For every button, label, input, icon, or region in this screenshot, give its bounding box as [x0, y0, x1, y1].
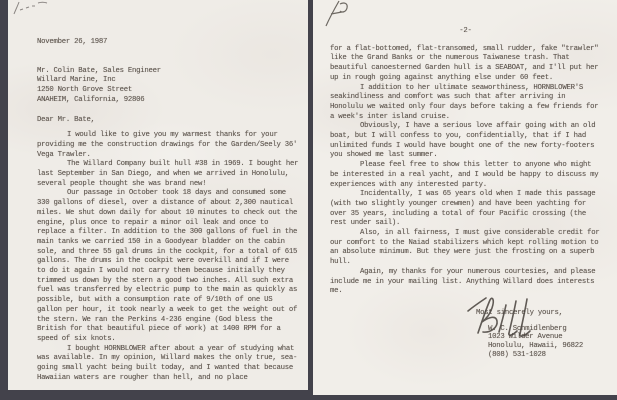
page1-body: I would like to give you my warmest than…: [37, 131, 301, 383]
letter-page-2: -2- for a flat-bottomed, flat-transomed,…: [313, 0, 617, 395]
page2-body: for a flat-bottomed, flat-transomed, sma…: [330, 45, 601, 297]
closing-block: Most sincerely yours,: [476, 309, 601, 319]
body-paragraph: Again, my thanks for your numerous court…: [330, 268, 601, 297]
salutation: Dear Mr. Bate,: [37, 116, 301, 126]
recipient-address: Mr. Colin Bate, Sales EngineerWillard Ma…: [37, 67, 301, 106]
body-paragraph: Obviously, I have a serious love affair …: [330, 122, 601, 161]
letter-date: November 26, 1987: [37, 38, 301, 48]
body-paragraph: Please feel free to show this letter to …: [330, 161, 601, 190]
page-number: -2-: [330, 27, 601, 37]
body-paragraph: I bought HORNBLOWER after about a year o…: [37, 345, 301, 384]
body-paragraph: I would like to give you my warmest than…: [37, 131, 301, 160]
body-paragraph: The Willard Company built hull #38 in 19…: [37, 160, 301, 189]
body-paragraph: Our passage in October took 18 days and …: [37, 189, 301, 344]
letter-page-1: November 26, 1987 Mr. Colin Bate, Sales …: [8, 0, 308, 390]
recipient-address-line: Mr. Colin Bate, Sales Engineer: [37, 67, 301, 77]
signer-line: 1023 Wilder Avenue: [488, 333, 601, 342]
signer-line: (808) 531-1028: [488, 351, 601, 360]
body-paragraph: for a flat-bottomed, flat-transomed, sma…: [330, 45, 601, 84]
body-paragraph: I addition to her ultimate seaworthiness…: [330, 84, 601, 123]
signer-block: W. C. Schmidlenberg1023 Wilder AvenueHon…: [488, 325, 601, 360]
closing-phrase: Most sincerely yours,: [476, 309, 563, 317]
signer-line: Honolulu, Hawaii, 96822: [488, 342, 601, 351]
scanned-letter: November 26, 1987 Mr. Colin Bate, Sales …: [0, 0, 617, 400]
recipient-address-line: 1250 North Grove Street: [37, 86, 301, 96]
recipient-address-line: Willard Marine, Inc: [37, 76, 301, 86]
body-paragraph: Also, in all fairness, I must give consi…: [330, 229, 601, 268]
recipient-address-line: ANAHEIM, California, 92806: [37, 96, 301, 106]
body-paragraph: Incidentally, I was 65 years old when I …: [330, 190, 601, 229]
